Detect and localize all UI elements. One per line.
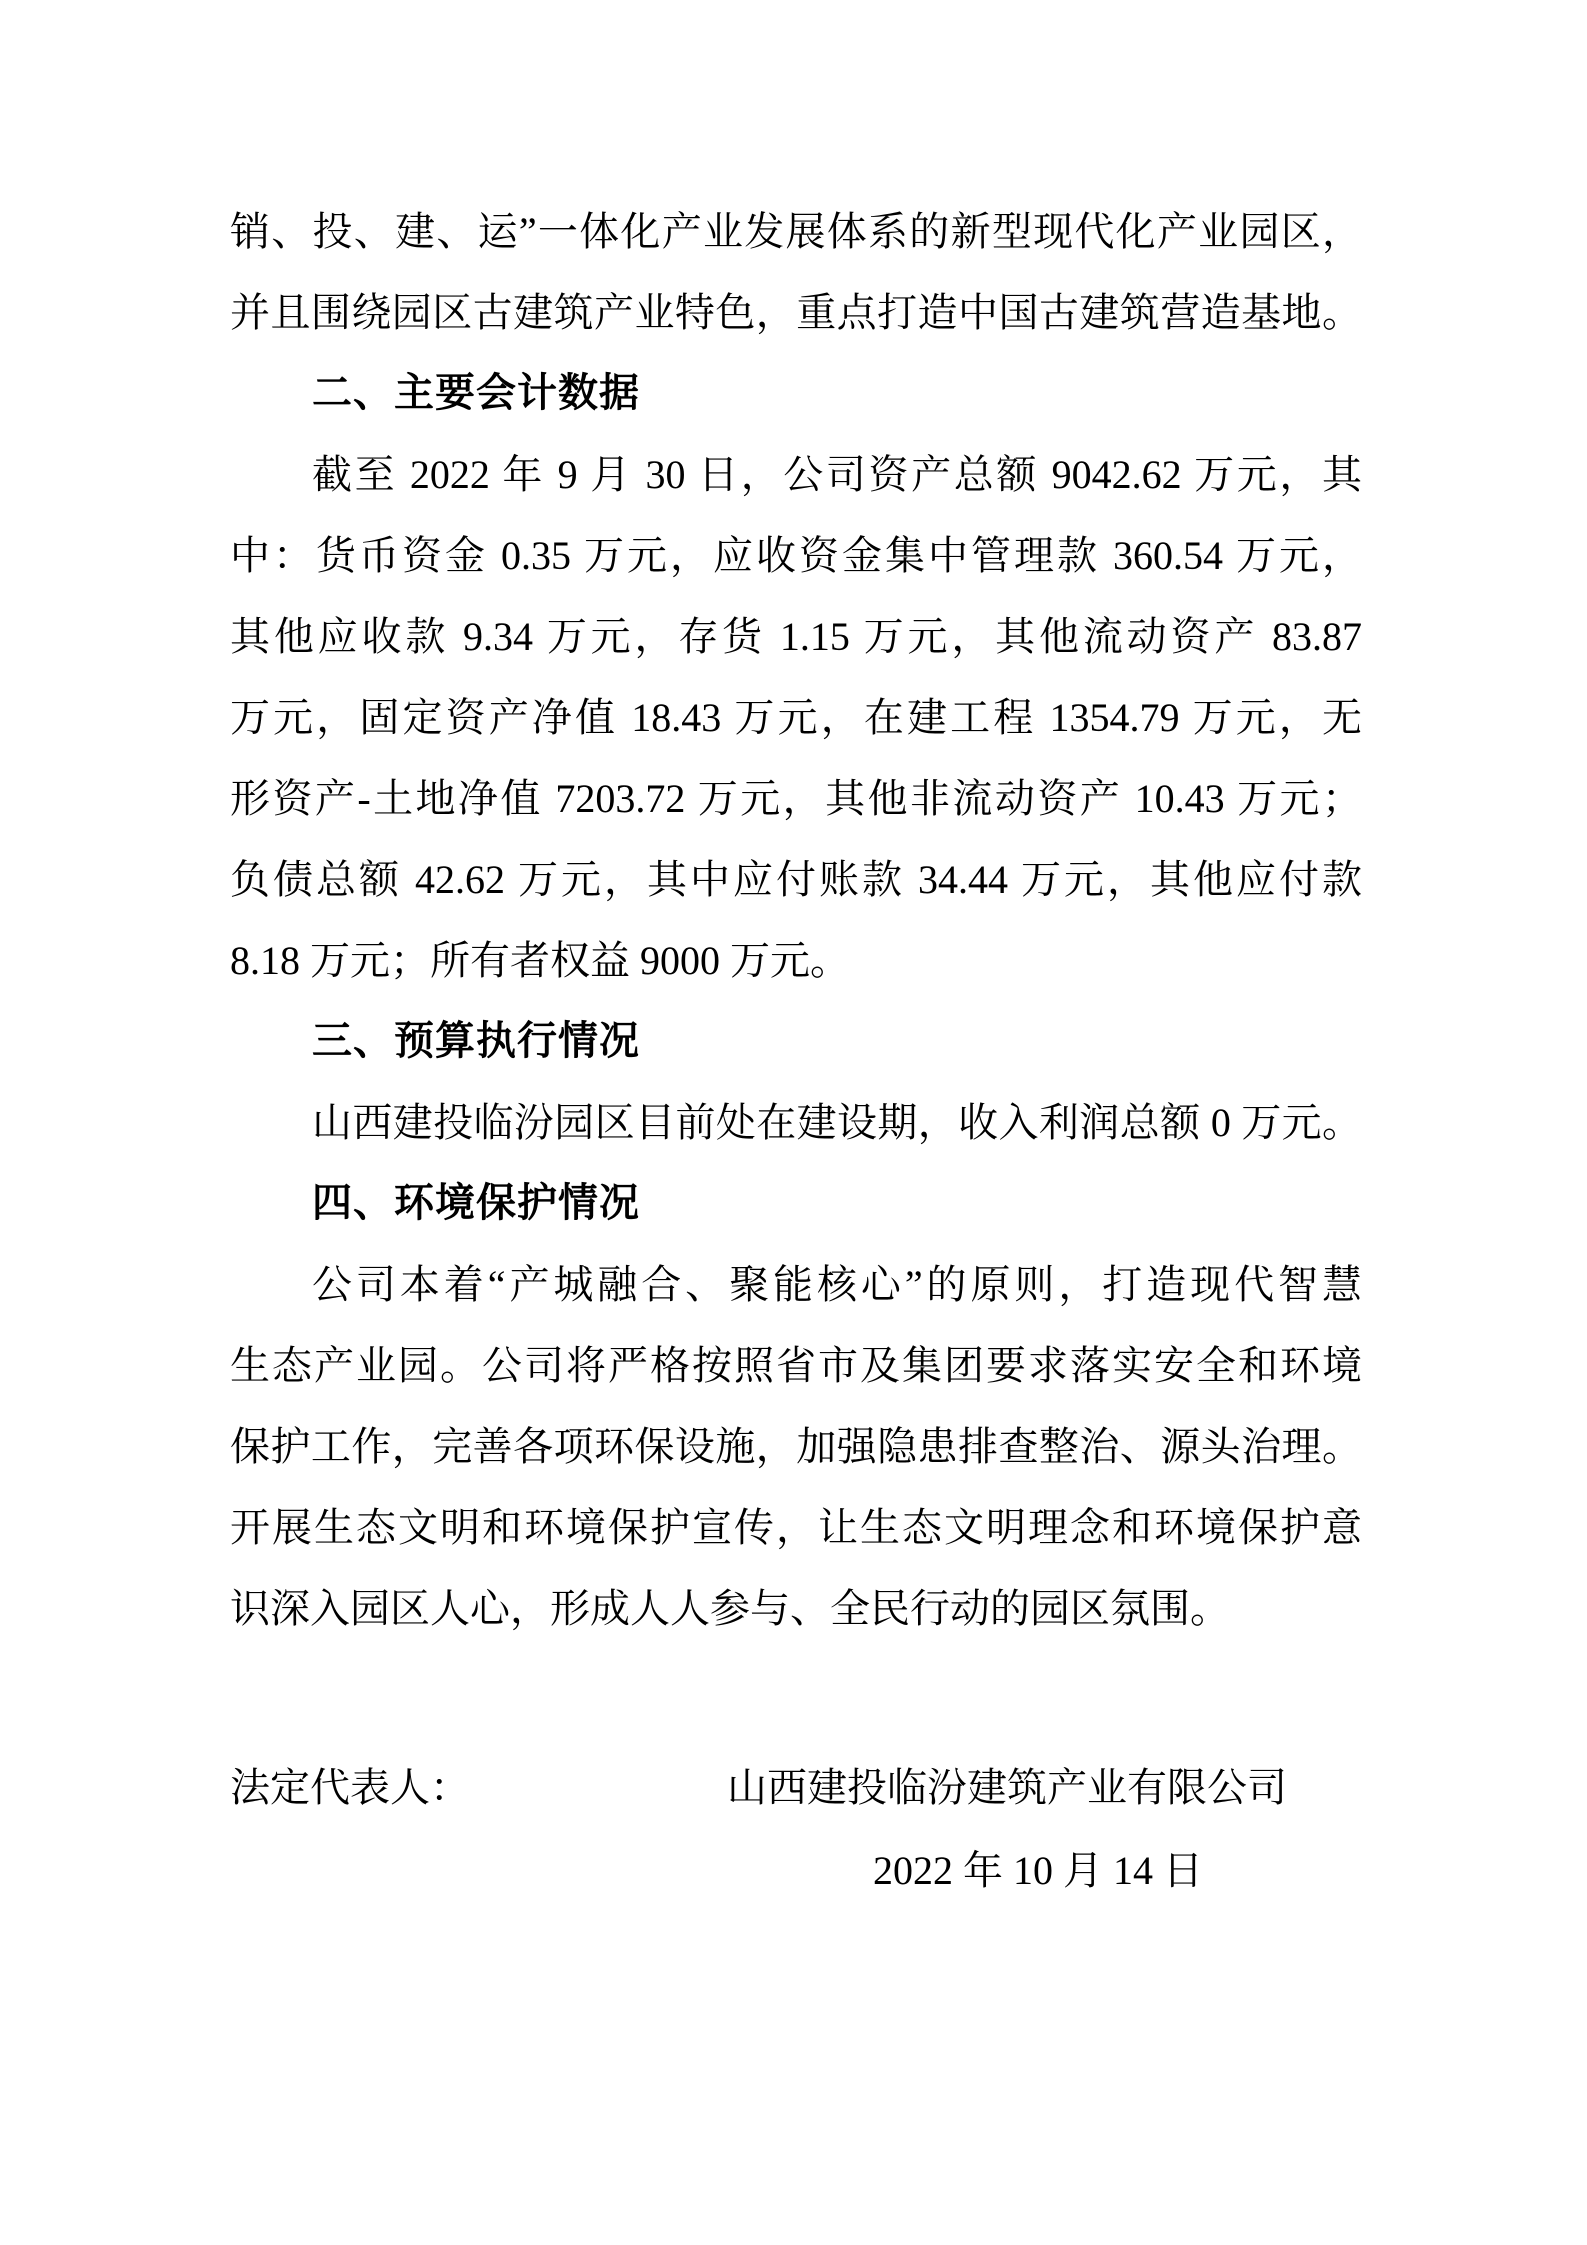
para-accounting-line-4: 万元，固定资产净值 18.43 万元，在建工程 1354.79 万元，无	[230, 677, 1362, 758]
para-accounting-line-6: 负债总额 42.62 万元，其中应付账款 34.44 万元，其他应付款	[230, 839, 1362, 920]
report-date: 2022 年 10 月 14 日	[873, 1830, 1203, 1911]
document-body: 销、投、建、运”一体化产业发展体系的新型现代化产业园区，并且围绕园区古建筑产业特…	[230, 191, 1362, 1649]
para-environment-line-1: 公司本着“产城融合、聚能核心”的原则，打造现代智慧	[230, 1244, 1362, 1325]
heading-environment-protection: 四、环境保护情况	[230, 1163, 1362, 1244]
para-accounting-line-1: 截至 2022 年 9 月 30 日，公司资产总额 9042.62 万元，其	[230, 434, 1362, 515]
para-environment-line-5: 识深入园区人心，形成人人参与、全民行动的园区氛围。	[230, 1568, 1362, 1649]
signature-block: 法定代表人： 山西建投临汾建筑产业有限公司 2022 年 10 月 14 日	[230, 1746, 1362, 1830]
para-environment-line-3: 保护工作，完善各项环保设施，加强隐患排查整治、源头治理。	[230, 1406, 1362, 1487]
para-environment-line-4: 开展生态文明和环境保护宣传，让生态文明理念和环境保护意	[230, 1487, 1362, 1568]
para-accounting-line-2: 中：货币资金 0.35 万元，应收资金集中管理款 360.54 万元，	[230, 515, 1362, 596]
heading-accounting-data: 二、主要会计数据	[230, 353, 1362, 434]
document-page: 销、投、建、运”一体化产业发展体系的新型现代化产业园区，并且围绕园区古建筑产业特…	[0, 0, 1587, 2245]
para-accounting-line-5: 形资产-土地净值 7203.72 万元，其他非流动资产 10.43 万元；	[230, 758, 1362, 839]
para-overview-line-1: 销、投、建、运”一体化产业发展体系的新型现代化产业园区，	[230, 191, 1362, 272]
signature-row: 法定代表人： 山西建投临汾建筑产业有限公司	[230, 1746, 1362, 1830]
heading-budget-execution: 三、预算执行情况	[230, 1001, 1362, 1082]
para-overview-line-2: 并且围绕园区古建筑产业特色，重点打造中国古建筑营造基地。	[230, 272, 1362, 353]
para-budget-line-1: 山西建投临汾园区目前处在建设期，收入利润总额 0 万元。	[230, 1082, 1362, 1163]
para-accounting-line-7: 8.18 万元；所有者权益 9000 万元。	[230, 920, 1362, 1001]
para-environment-line-2: 生态产业园。公司将严格按照省市及集团要求落实安全和环境	[230, 1325, 1362, 1406]
legal-representative-label: 法定代表人：	[230, 1746, 470, 1830]
company-name: 山西建投临汾建筑产业有限公司	[727, 1746, 1287, 1830]
para-accounting-line-3: 其他应收款 9.34 万元，存货 1.15 万元，其他流动资产 83.87	[230, 596, 1362, 677]
